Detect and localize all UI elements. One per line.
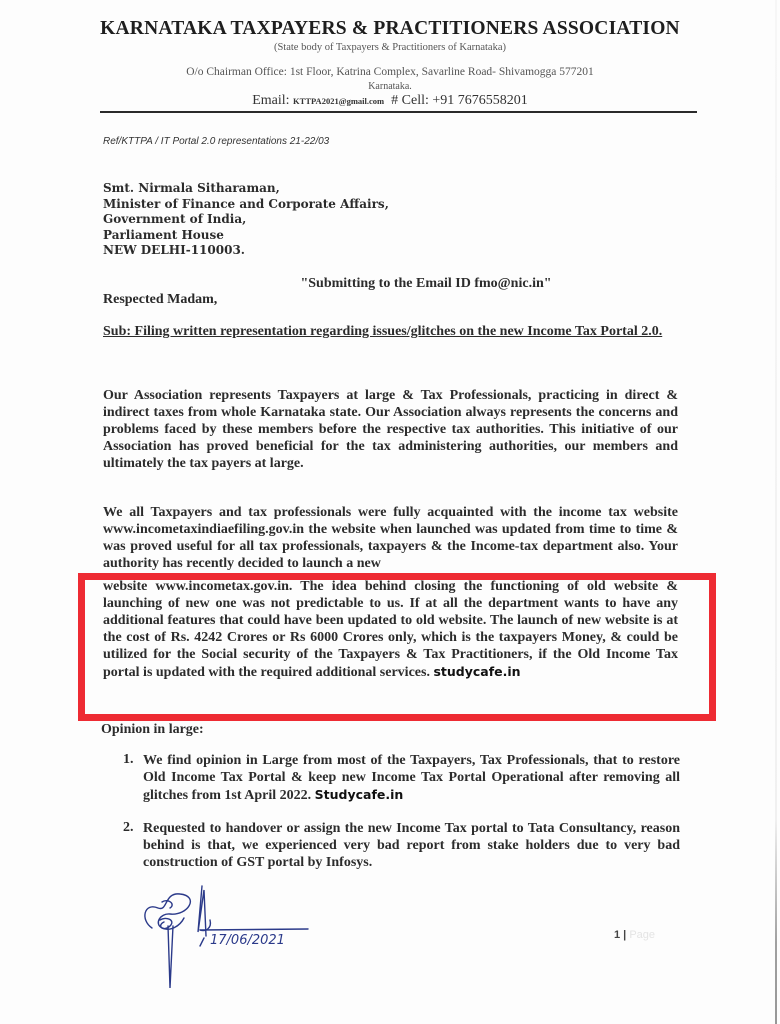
- cell-number: # Cell: +91 7676558201: [384, 93, 528, 108]
- recipient-line: Minister of Finance and Corporate Affair…: [103, 197, 389, 213]
- watermark-text: Studycafe.in: [315, 787, 404, 802]
- page-edge: [775, 0, 777, 1024]
- reference-number: Ref/KTTPA / IT Portal 2.0 representation…: [103, 136, 329, 147]
- salutation: Respected Madam,: [103, 292, 217, 308]
- letterhead-state: Karnataka.: [0, 81, 780, 92]
- list-text-body: We find opinion in Large from most of th…: [143, 753, 680, 803]
- recipient-line: Smt. Nirmala Sitharaman,: [103, 181, 389, 197]
- page-label: Page: [626, 929, 655, 941]
- signature-date: 17/06/2021: [210, 933, 285, 948]
- letterhead-address: O/o Chairman Office: 1st Floor, Katrina …: [0, 66, 780, 78]
- subject-line: Sub: Filing written representation regar…: [103, 323, 678, 340]
- submission-note: "Submitting to the Email ID fmo@nic.in": [0, 276, 780, 292]
- email-label: Email:: [252, 93, 293, 108]
- paragraph-association: Our Association represents Taxpayers at …: [103, 387, 678, 472]
- signature: 17/06/2021: [140, 880, 320, 990]
- page-footer: 1 | Page: [614, 929, 655, 941]
- paragraph-old-website: We all Taxpayers and tax professionals w…: [103, 504, 678, 572]
- letterhead-contact: Email: KTTPA2021@gmail.com # Cell: +91 7…: [0, 93, 780, 109]
- letterhead-title: KARNATAKA TAXPAYERS & PRACTITIONERS ASSO…: [0, 18, 780, 40]
- recipient-line: Parliament House: [103, 228, 389, 244]
- letterhead-divider: [100, 111, 697, 113]
- email-address: KTTPA2021@gmail.com: [293, 96, 384, 106]
- list-text: We find opinion in Large from most of th…: [143, 752, 680, 804]
- list-text: Requested to handover or assign the new …: [143, 820, 680, 871]
- list-number: 1.: [123, 752, 134, 768]
- red-highlight-box: [78, 573, 716, 721]
- page-number: 1 |: [614, 929, 626, 941]
- recipient-line: NEW DELHI-110003.: [103, 243, 389, 259]
- recipient-address: Smt. Nirmala Sitharaman, Minister of Fin…: [103, 181, 389, 259]
- list-number: 2.: [123, 820, 134, 836]
- recipient-line: Government of India,: [103, 212, 389, 228]
- letterhead-subtitle: (State body of Taxpayers & Practitioners…: [0, 42, 780, 53]
- opinion-heading: Opinion in large:: [101, 722, 204, 738]
